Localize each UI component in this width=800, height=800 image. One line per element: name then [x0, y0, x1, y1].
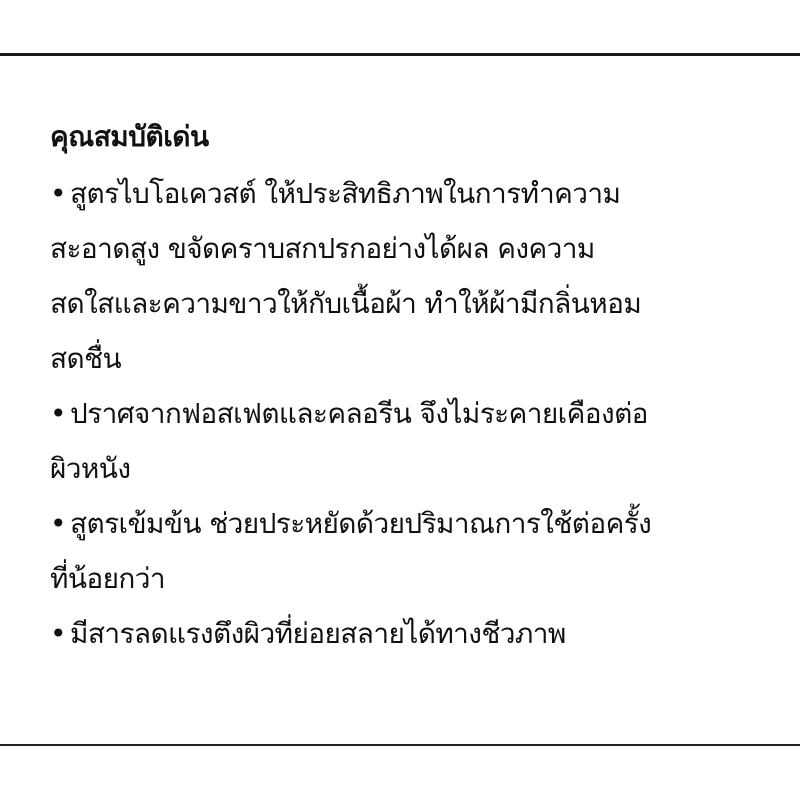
feature-text: ที่น้อยกว่า — [50, 562, 165, 595]
feature-line-7: •สูตรเข้มข้น ช่วยประหยัดด้วยปริมาณการใช้… — [50, 496, 770, 551]
feature-line-8: ที่น้อยกว่า — [50, 551, 770, 606]
bullet-icon: • — [50, 496, 70, 551]
feature-text: สดชื่น — [50, 342, 121, 375]
feature-text: สะอาดสูง ขจัดคราบสกปรกอย่างได้ผล คงความ — [50, 232, 595, 265]
top-divider — [0, 53, 800, 56]
feature-line-2: สะอาดสูง ขจัดคราบสกปรกอย่างได้ผล คงความ — [50, 221, 770, 276]
bullet-icon: • — [50, 166, 70, 221]
feature-text: สูตรไบโอเควสต์ ให้ประสิทธิภาพในการทำความ — [70, 177, 620, 210]
feature-text: สดใสและความขาวให้กับเนื้อผ้า ทำให้ผ้ามีก… — [50, 287, 641, 320]
feature-text: ปราศจากฟอสเฟตและคลอรีน จึงไม่ระคายเคืองต… — [70, 397, 648, 430]
features-heading: คุณสมบัติเด่น — [50, 108, 770, 166]
features-section: คุณสมบัติเด่น •สูตรไบโอเควสต์ ให้ประสิทธ… — [50, 108, 770, 661]
bottom-divider — [0, 744, 800, 746]
feature-line-4: สดชื่น — [50, 331, 770, 386]
feature-line-1: •สูตรไบโอเควสต์ ให้ประสิทธิภาพในการทำควา… — [50, 166, 770, 221]
feature-line-5: •ปราศจากฟอสเฟตและคลอรีน จึงไม่ระคายเคือง… — [50, 386, 770, 441]
feature-line-6: ผิวหนัง — [50, 441, 770, 496]
bullet-icon: • — [50, 606, 70, 661]
feature-text: สูตรเข้มข้น ช่วยประหยัดด้วยปริมาณการใช้ต… — [70, 507, 651, 540]
feature-line-9: •มีสารลดแรงตึงผิวที่ย่อยสลายได้ทางชีวภาพ — [50, 606, 770, 661]
feature-line-3: สดใสและความขาวให้กับเนื้อผ้า ทำให้ผ้ามีก… — [50, 276, 770, 331]
feature-text: ผิวหนัง — [50, 452, 130, 485]
feature-text: มีสารลดแรงตึงผิวที่ย่อยสลายได้ทางชีวภาพ — [70, 617, 566, 650]
bullet-icon: • — [50, 386, 70, 441]
